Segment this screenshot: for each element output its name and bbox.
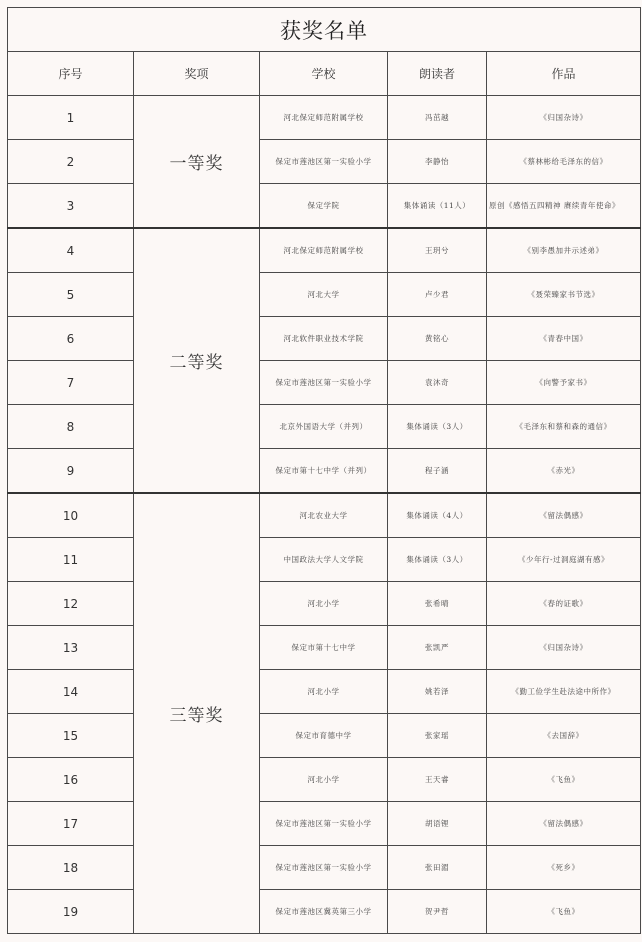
table-row: 3 保定学院 集体诵读（11人） 原创《感悟五四精神 赓续青年使命》: [8, 184, 641, 229]
school-cell: 保定市莲池区第一实验小学: [260, 140, 388, 184]
table-row: 4 二等奖 河北保定师范附属学校 王玥兮 《别李愚加井示述弟》: [8, 228, 641, 273]
school-cell: 保定市第十七中学（并列）: [260, 449, 388, 494]
seq-cell: 13: [8, 626, 134, 670]
reader-cell: 集体诵读（3人）: [388, 538, 487, 582]
work-cell: 《留法偶感》: [487, 493, 641, 538]
work-cell: 《飞鱼》: [487, 758, 641, 802]
table-row: 18 保定市莲池区第一实验小学 张田湄 《死乡》: [8, 846, 641, 890]
work-cell: 《留法偶感》: [487, 802, 641, 846]
table-title: 获奖名单: [8, 8, 641, 52]
table-row: 15 保定市育德中学 张家瑶 《去国辞》: [8, 714, 641, 758]
seq-cell: 17: [8, 802, 134, 846]
school-cell: 河北小学: [260, 758, 388, 802]
reader-cell: 集体诵读（11人）: [388, 184, 487, 229]
reader-cell: 黄铭心: [388, 317, 487, 361]
seq-cell: 16: [8, 758, 134, 802]
table-row: 13 保定市第十七中学 张凯严 《归国杂诗》: [8, 626, 641, 670]
seq-cell: 9: [8, 449, 134, 494]
seq-cell: 4: [8, 228, 134, 273]
table-row: 1 一等奖 河北保定师范附属学校 冯茁越 《归国杂诗》: [8, 96, 641, 140]
reader-cell: 王玥兮: [388, 228, 487, 273]
reader-cell: 王天睿: [388, 758, 487, 802]
seq-cell: 1: [8, 96, 134, 140]
award-third-prize: 三等奖: [134, 493, 260, 934]
reader-cell: 李静怡: [388, 140, 487, 184]
work-cell: 《去国辞》: [487, 714, 641, 758]
table-row: 8 北京外国语大学（并列） 集体诵读（3人） 《毛泽东和蔡和森的通信》: [8, 405, 641, 449]
reader-cell: 冯茁越: [388, 96, 487, 140]
school-cell: 保定学院: [260, 184, 388, 229]
award-second-prize: 二等奖: [134, 228, 260, 493]
header-seq: 序号: [8, 52, 134, 96]
school-cell: 河北保定师范附属学校: [260, 96, 388, 140]
school-cell: 保定市莲池区第一实验小学: [260, 846, 388, 890]
seq-cell: 8: [8, 405, 134, 449]
school-cell: 保定市莲池区第一实验小学: [260, 361, 388, 405]
school-cell: 保定市莲池区冀英第三小学: [260, 890, 388, 934]
seq-cell: 19: [8, 890, 134, 934]
seq-cell: 11: [8, 538, 134, 582]
seq-cell: 12: [8, 582, 134, 626]
table-row: 11 中国政法大学人文学院 集体诵读（3人） 《少年行-过洞庭湖有感》: [8, 538, 641, 582]
table-row: 9 保定市第十七中学（并列） 程子涵 《赤光》: [8, 449, 641, 494]
work-cell: 《死乡》: [487, 846, 641, 890]
title-row: 获奖名单: [8, 8, 641, 52]
reader-cell: 胡语锂: [388, 802, 487, 846]
school-cell: 河北小学: [260, 670, 388, 714]
table-row: 6 河北软件职业技术学院 黄铭心 《青春中国》: [8, 317, 641, 361]
seq-cell: 10: [8, 493, 134, 538]
work-cell: 《聂荣臻家书节选》: [487, 273, 641, 317]
work-cell: 《赤光》: [487, 449, 641, 494]
reader-cell: 张凯严: [388, 626, 487, 670]
school-cell: 保定市育德中学: [260, 714, 388, 758]
table-row: 19 保定市莲池区冀英第三小学 贺尹哲 《飞鱼》: [8, 890, 641, 934]
work-cell: 《青春中国》: [487, 317, 641, 361]
reader-cell: 姚若泽: [388, 670, 487, 714]
reader-cell: 袁沐奇: [388, 361, 487, 405]
table-row: 14 河北小学 姚若泽 《勤工俭学生赴法途中所作》: [8, 670, 641, 714]
work-cell: 原创《感悟五四精神 赓续青年使命》: [487, 184, 641, 229]
school-cell: 北京外国语大学（并列）: [260, 405, 388, 449]
table-row: 17 保定市莲池区第一实验小学 胡语锂 《留法偶感》: [8, 802, 641, 846]
school-cell: 河北软件职业技术学院: [260, 317, 388, 361]
reader-cell: 张希晴: [388, 582, 487, 626]
school-cell: 河北大学: [260, 273, 388, 317]
work-cell: 《归国杂诗》: [487, 626, 641, 670]
school-cell: 保定市莲池区第一实验小学: [260, 802, 388, 846]
reader-cell: 集体诵读（3人）: [388, 405, 487, 449]
work-cell: 《归国杂诗》: [487, 96, 641, 140]
reader-cell: 集体诵读（4人）: [388, 493, 487, 538]
school-cell: 中国政法大学人文学院: [260, 538, 388, 582]
header-reader: 朗读者: [388, 52, 487, 96]
reader-cell: 卢少君: [388, 273, 487, 317]
work-cell: 《蔡林彬给毛泽东的信》: [487, 140, 641, 184]
seq-cell: 7: [8, 361, 134, 405]
header-row: 序号 奖项 学校 朗读者 作品: [8, 52, 641, 96]
school-cell: 河北农业大学: [260, 493, 388, 538]
school-cell: 河北保定师范附属学校: [260, 228, 388, 273]
header-award: 奖项: [134, 52, 260, 96]
work-cell: 《飞鱼》: [487, 890, 641, 934]
header-work: 作品: [487, 52, 641, 96]
work-cell: 《毛泽东和蔡和森的通信》: [487, 405, 641, 449]
seq-cell: 15: [8, 714, 134, 758]
work-cell: 《少年行-过洞庭湖有感》: [487, 538, 641, 582]
table-row: 10 三等奖 河北农业大学 集体诵读（4人） 《留法偶感》: [8, 493, 641, 538]
seq-cell: 6: [8, 317, 134, 361]
work-cell: 《别李愚加井示述弟》: [487, 228, 641, 273]
reader-cell: 张家瑶: [388, 714, 487, 758]
work-cell: 《向警予家书》: [487, 361, 641, 405]
work-cell: 《春的证歌》: [487, 582, 641, 626]
award-first-prize: 一等奖: [134, 96, 260, 229]
reader-cell: 贺尹哲: [388, 890, 487, 934]
award-list-table: 获奖名单 序号 奖项 学校 朗读者 作品 1 一等奖 河北保定师范附属学校 冯茁…: [7, 7, 641, 934]
work-cell: 《勤工俭学生赴法途中所作》: [487, 670, 641, 714]
header-school: 学校: [260, 52, 388, 96]
table-row: 7 保定市莲池区第一实验小学 袁沐奇 《向警予家书》: [8, 361, 641, 405]
table-row: 2 保定市莲池区第一实验小学 李静怡 《蔡林彬给毛泽东的信》: [8, 140, 641, 184]
reader-cell: 张田湄: [388, 846, 487, 890]
seq-cell: 2: [8, 140, 134, 184]
school-cell: 河北小学: [260, 582, 388, 626]
table-row: 5 河北大学 卢少君 《聂荣臻家书节选》: [8, 273, 641, 317]
seq-cell: 3: [8, 184, 134, 229]
table-row: 16 河北小学 王天睿 《飞鱼》: [8, 758, 641, 802]
seq-cell: 5: [8, 273, 134, 317]
table-row: 12 河北小学 张希晴 《春的证歌》: [8, 582, 641, 626]
school-cell: 保定市第十七中学: [260, 626, 388, 670]
seq-cell: 18: [8, 846, 134, 890]
seq-cell: 14: [8, 670, 134, 714]
reader-cell: 程子涵: [388, 449, 487, 494]
